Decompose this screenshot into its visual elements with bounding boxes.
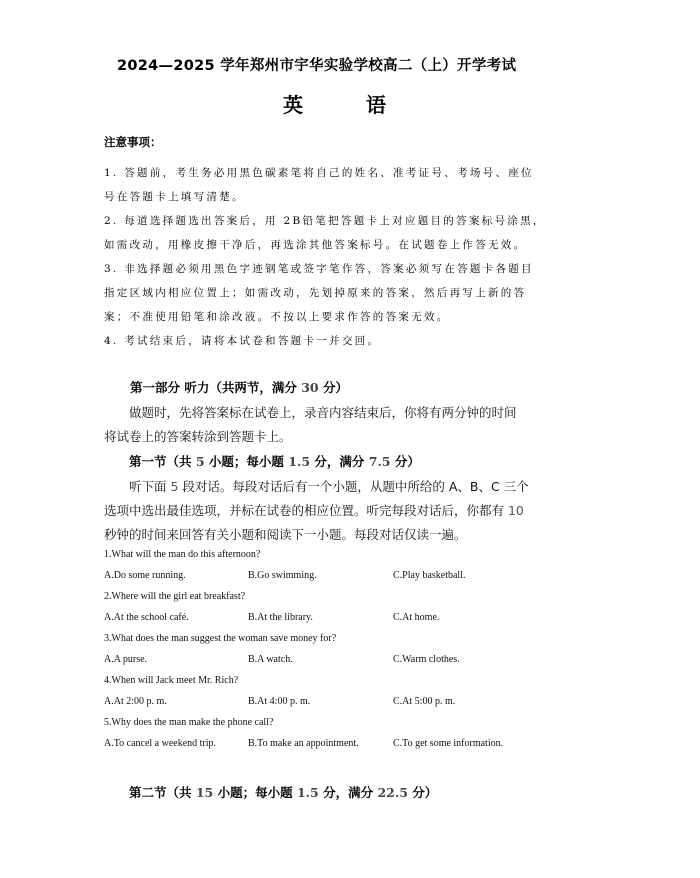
section1-instruction-line: 选项中选出最佳选项，并标在试卷的相应位置。听完每段对话后，你都有 10 (104, 501, 524, 519)
section1-instruction-line: 听下面 5 段对话。每段对话后有一个小题，从题中所给的 A、B、C 三个 (129, 477, 529, 495)
section1-count: 5 (196, 454, 205, 469)
option-a: A.A purse. (104, 654, 147, 665)
notice-line: 2. 每道选择题选出答案后，用 2B铅笔把答题卡上对应题目的答案标号涂黑， (104, 213, 546, 228)
question-stem: 5.Why does the man make the phone call? (104, 717, 273, 728)
notice-line: 3. 非选择题必须用黑色字迹钢笔或签字笔作答，答案必须写在答题卡各题目 (104, 261, 534, 276)
section2-per-score: 1.5 (297, 785, 319, 800)
instruction-number: 10 (508, 503, 524, 518)
section1-heading-text: 分） (391, 454, 420, 469)
instruction-text: 选项中选出最佳选项，并标在试卷的相应位置。听完每段对话后，你都有 (104, 503, 508, 518)
question-stem: 3.What does the man suggest the woman sa… (104, 633, 336, 644)
part1-score: 30 (301, 380, 318, 395)
instruction-text: 段对话。每段对话后有一个小题，从题中所给的 A、B、C 三个 (178, 479, 528, 494)
section2-heading-text: 分） (408, 785, 437, 800)
exam-title: 2024—2025 学年郑州市宇华实验学校高二（上）开学考试 (117, 54, 516, 75)
section2-heading-text: 分，满分 (319, 785, 378, 800)
option-c: C.Warm clothes. (393, 654, 460, 665)
option-b: B.To make an appointment. (248, 738, 359, 749)
section1-instruction-line: 秒钟的时间来回答有关小题和阅读下一小题。每段对话仅读一遍。 (104, 525, 467, 543)
option-c: C.Play basketball. (393, 570, 466, 581)
section1-heading-text: 分，满分 (310, 454, 369, 469)
option-a: A.At the school café. (104, 612, 189, 623)
notice-line: 1. 答题前，考生务必用黑色碳素笔将自己的姓名、准考证号、考场号、座位 (104, 165, 534, 180)
section1-heading: 第一节（共 5 小题；每小题 1.5 分，满分 7.5 分） (129, 452, 420, 470)
notice-line: 如需改动，用橡皮擦干净后，再选涂其他答案标号。在试题卷上作答无效。 (104, 237, 526, 252)
part1-heading: 第一部分 听力（共两节，满分 30 分） (130, 378, 348, 396)
section1-heading-text: 第一节（共 (129, 454, 196, 469)
option-b: B.At the library. (248, 612, 313, 623)
notice-line: 案；不准使用铅笔和涂改液。不按以上要求作答的答案无效。 (104, 309, 450, 324)
notice-line: 4. 考试结束后，请将本试卷和答题卡一并交回。 (104, 333, 380, 348)
section2-heading: 第二节（共 15 小题；每小题 1.5 分，满分 22.5 分） (129, 783, 437, 801)
part1-instruction-line: 做题时，先将答案标在试卷上，录音内容结束后，你将有两分钟的时间 (129, 403, 517, 421)
option-c: C.At 5:00 p. m. (393, 696, 455, 707)
section2-heading-text: 小题；每小题 (213, 785, 297, 800)
question-stem: 1.What will the man do this afternoon? (104, 549, 260, 560)
part1-heading-suffix: 分） (319, 380, 348, 395)
notice-heading: 注意事项： (104, 134, 162, 150)
option-c: C.At home. (393, 612, 439, 623)
section2-total-score: 22.5 (377, 785, 407, 800)
section2-count: 15 (196, 785, 213, 800)
subject-title: 英 语 (283, 89, 414, 118)
option-b: B.Go swimming. (248, 570, 317, 581)
part1-heading-prefix: 第一部分 听力（共两节，满分 (130, 380, 301, 395)
section1-per-score: 1.5 (288, 454, 310, 469)
option-a: A.At 2:00 p. m. (104, 696, 167, 707)
notice-line: 号在答题卡上填写清楚。 (104, 189, 245, 204)
question-stem: 4.When will Jack meet Mr. Rich? (104, 675, 238, 686)
option-b: B.A watch. (248, 654, 293, 665)
question-stem: 2.Where will the girl eat breakfast? (104, 591, 245, 602)
notice-line: 指定区域内相应位置上；如需改动，先划掉原来的答案，然后再写上新的答 (104, 285, 526, 300)
option-b: B.At 4:00 p. m. (248, 696, 310, 707)
option-c: C.To get some information. (393, 738, 503, 749)
option-a: A.Do some running. (104, 570, 186, 581)
section1-heading-text: 小题；每小题 (205, 454, 289, 469)
section1-total-score: 7.5 (369, 454, 391, 469)
option-a: A.To cancel a weekend trip. (104, 738, 216, 749)
section2-heading-text: 第二节（共 (129, 785, 196, 800)
part1-instruction-line: 将试卷上的答案转涂到答题卡上。 (104, 427, 292, 445)
exam-page: 2024—2025 学年郑州市宇华实验学校高二（上）开学考试 英 语 注意事项：… (0, 0, 700, 878)
instruction-text: 听下面 (129, 479, 170, 494)
